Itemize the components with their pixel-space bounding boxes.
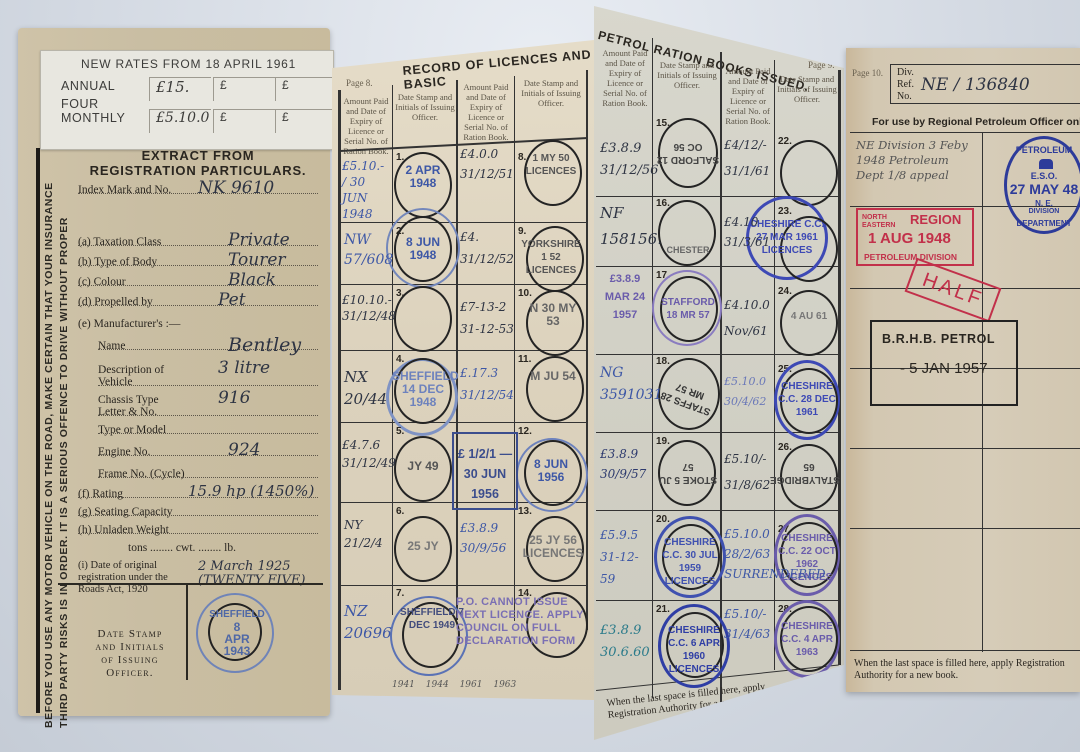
- entry-amount: £.17.3 31/12/54: [460, 362, 514, 406]
- cannot-issue-stamp: P.O. CANNOT ISSUE NEXT LICENCE. APPLY CO…: [456, 596, 592, 648]
- field-description: Description of Vehicle3 litre: [98, 364, 318, 388]
- field-chassis: Chassis Type Letter & No.916: [98, 394, 318, 418]
- field-propelled-by: (d) Propelled byPet: [78, 296, 318, 308]
- entry-stamp: 1 MY 50 LICENCES: [518, 152, 584, 178]
- entry-stamp: CHESHIRE C.C. 28 DEC 1961: [774, 380, 840, 419]
- entry-stamp: JY 49: [392, 460, 454, 473]
- field-date-original: (i) Date of original registration under …: [78, 560, 188, 596]
- warning-line-2: THIRD PARTY RISKS IS IN ORDER. IT IS A S…: [57, 168, 72, 728]
- entry-stamp: 8 JUN 1948: [392, 236, 454, 262]
- entry-stamp: 4 AU 61: [778, 310, 840, 323]
- column-header-amount: Amount Paid and Date of Expiry of Licenc…: [722, 66, 774, 126]
- entry-amount: £3.8.9 30.6.60: [600, 620, 652, 664]
- entry-number: 9.: [518, 226, 526, 237]
- entry-amount: NG 3591031: [600, 362, 652, 406]
- entry-amount: £4/12/- 31/1/61: [724, 132, 774, 184]
- regional-officer-note: For use by Regional Petroleum Officer on…: [872, 116, 1080, 128]
- field-unladen-weight: (h) Unladen Weight: [78, 524, 318, 536]
- extract-title: EXTRACT FROM REGISTRATION PARTICULARS.: [78, 148, 318, 178]
- entry-stamp: STOKE 5 JU 57: [656, 460, 720, 486]
- new-rates-slip: NEW RATES FROM 18 APRIL 1961 ANNUAL FOUR…: [40, 50, 334, 150]
- field-seating: (g) Seating Capacity: [78, 506, 318, 518]
- field-colour: (c) ColourBlack: [78, 276, 318, 288]
- entry-stamp: 25 JY 56 LICENCES: [522, 534, 584, 560]
- entry-amount: NF 158156.: [600, 200, 652, 252]
- entry-number: 13.: [518, 506, 532, 517]
- crown-icon: [1039, 159, 1053, 169]
- field-tons: tons ........ cwt. ........ lb.: [128, 542, 318, 554]
- entry-stamp: SHEFFIELD 14 DEC 1948: [392, 370, 454, 409]
- sheffield-stamp: SHEFFIELD 8APR1943: [196, 593, 274, 673]
- entry-amount: £10.10.- 31/12/48: [342, 292, 392, 324]
- entry-stamp: M JU 54: [522, 370, 584, 383]
- extract-title-line-2: REGISTRATION PARTICULARS.: [78, 163, 318, 178]
- stamp-circle: [780, 290, 838, 356]
- page-number: Page 10.: [852, 68, 883, 78]
- divider: [186, 585, 188, 680]
- column-header-amount: Amount Paid and Date of Expiry of Licenc…: [598, 48, 652, 108]
- registration-extract-page: BEFORE YOU USE ANY MOTOR VEHICLE ON THE …: [18, 28, 330, 716]
- page-number: Page 9.: [808, 60, 835, 70]
- entry-amount: £3.8.9 MAR 24 1957: [598, 270, 652, 324]
- warning-line-1: BEFORE YOU USE ANY MOTOR VEHICLE ON THE …: [42, 168, 57, 728]
- entry-stamp: 2 APR 1948: [392, 164, 454, 190]
- licence-record-page-8: Page 8. RECORD OF LICENCES AND BASIC Amo…: [332, 40, 594, 700]
- entry-amount: £5.10/- 31/4/63: [724, 604, 774, 644]
- insurance-warning: BEFORE YOU USE ANY MOTOR VEHICLE ON THE …: [42, 168, 88, 728]
- entry-number: 6.: [396, 506, 404, 517]
- entry-amount: £4.7.6 31/12/49: [342, 436, 392, 472]
- field-type-of-body: (b) Type of BodyTourer: [78, 256, 318, 268]
- field-index-mark: Index Mark and No.NK 9610: [78, 184, 318, 196]
- licence-record-page-9: PETROL RATION BOOKS ISSUED. Page 9. Amou…: [594, 0, 844, 740]
- issuing-officer-label: Date Stamp and Initials of Issuing Offic…: [90, 628, 170, 680]
- entry-stamp: 8 JUN 1956: [520, 458, 582, 484]
- new-book-note: When the last space is filled here, appl…: [854, 658, 1080, 682]
- entry-stamp: YORKSHIRE 1 52 LICENCES: [518, 238, 584, 277]
- entry-number: 11.: [518, 354, 531, 365]
- entry-number: 22.: [778, 136, 792, 147]
- entry-number: 10.: [518, 288, 532, 299]
- entry-amount: £4.10.0 Nov/61: [724, 292, 774, 344]
- entry-amount: £7-13-2 31-12-53: [460, 296, 514, 340]
- annual-rate-3: £: [275, 77, 337, 101]
- entry-number: 7.: [396, 588, 404, 599]
- entry-amount: £5.10.0 30/4/62: [724, 372, 774, 412]
- entry-amount: NW 57/608: [344, 230, 392, 270]
- field-name: NameBentley: [98, 340, 318, 352]
- column-header-stamp: Date Stamp and Initials of Issuing Offic…: [776, 74, 838, 104]
- field-type-model: Type or Model: [98, 424, 318, 436]
- entry-amount: £3.8.9 31/12/56: [600, 138, 652, 182]
- grid-border: [338, 90, 341, 690]
- stamp-circle: [394, 286, 452, 352]
- entry-number: 19.: [656, 436, 670, 447]
- entry-stamp: STAFFORD 18 MR 57: [656, 296, 720, 322]
- brhb-petrol-stamp: B.R.H.B. PETROL - 5 JAN 1957: [870, 320, 1018, 406]
- entry-amount: NZ 20696: [344, 600, 392, 644]
- four-monthly-rate-2: £: [213, 109, 275, 133]
- entry-stamp: CHESHIRE C.C. 30 JUL 1959 LICENCES: [654, 536, 726, 588]
- half-stamp: HALF: [905, 258, 1002, 323]
- four-monthly-label: FOUR MONTHLY: [61, 97, 125, 125]
- page-number: Page 8.: [346, 78, 373, 88]
- entry-amount: £5.10/- 31/8/62: [724, 446, 774, 498]
- ref-number: NE / 136840: [921, 75, 1030, 95]
- entry-amount: £ 1/2/1 — 30 JUN 1956: [454, 444, 516, 504]
- entry-amount: £4. 31/12/52: [460, 226, 514, 270]
- field-frame-no: Frame No. (Cycle): [98, 468, 318, 480]
- entry-amount: £4.10 31/3/61: [724, 212, 754, 252]
- entry-number: 18.: [656, 356, 670, 367]
- entry-stamp: CHESHIRE C.C. 6 APR 1960 LICENCES: [658, 624, 730, 676]
- four-monthly-rate-3: £: [275, 109, 337, 133]
- page-border-rule: [36, 148, 40, 713]
- field-taxation-class: (a) Taxation ClassPrivate: [78, 236, 318, 248]
- handwritten-note: NE Division 3 Feby 1948 Petroleum Dept 1…: [856, 138, 980, 183]
- entry-stamp: CHESTER: [656, 244, 720, 257]
- petroleum-department-stamp: PETROLEUM E.S.O. 27 MAY 48 N. E. DIVISIO…: [1004, 136, 1080, 234]
- field-engine-no: Engine No.924: [98, 446, 318, 458]
- column-header-stamp: Date Stamp and Initials of Issuing Offic…: [394, 92, 456, 122]
- entry-number: 5.: [396, 426, 404, 437]
- entry-amount: £5.9.5 31-12-59: [600, 524, 652, 590]
- entry-stamp: 25 JY: [392, 540, 454, 553]
- entry-stamp: STALYBRIDGE 65: [778, 460, 840, 486]
- field-rating: (f) Rating15.9 hp (1450%): [78, 488, 318, 500]
- divider: [58, 583, 323, 585]
- entry-amount: £3.8.9 30/9/57: [600, 444, 652, 484]
- entry-number: 21.: [656, 604, 670, 615]
- entry-amount: £5.10.- / 30 JUN 1948: [342, 158, 392, 222]
- petroleum-officer-page: Page 10. Div. Ref. No. NE / 136840 For u…: [846, 48, 1080, 692]
- entry-stamp: N 30 MY 53: [522, 302, 584, 328]
- pencil-years: 1941 1944 1961 1963: [392, 680, 532, 691]
- entry-stamp: CHESHIRE C.C. 4 APR 1963: [774, 620, 840, 659]
- entry-amount: NX 20/44: [344, 366, 392, 410]
- entry-amount: NY 21/2/4: [344, 516, 392, 552]
- column-header-stamp: Date Stamp and Initials of Issuing Offic…: [654, 60, 720, 90]
- entry-amount: £4.0.0 31/12/51: [460, 144, 514, 184]
- entry-amount: £5.10.0 28/2/63 SURRENDERED: [724, 524, 774, 584]
- annual-rate-1: £15.: [149, 77, 211, 101]
- entry-number: 24.: [778, 286, 792, 297]
- extract-title-line-1: EXTRACT FROM: [78, 148, 318, 163]
- ref-label: Div. Ref. No.: [897, 67, 914, 103]
- north-eastern-region-stamp: NORTH EASTERN REGION 1 AUG 1948 PETROLEU…: [856, 208, 974, 266]
- entry-stamp: SALFORD 12 OC 56: [656, 140, 720, 166]
- field-manufacturer: (e) Manufacturer's :—: [78, 318, 318, 330]
- ref-box: Div. Ref. No. NE / 136840: [890, 64, 1080, 104]
- column-header-stamp: Date Stamp and Initials of Issuing Offic…: [516, 78, 586, 108]
- annual-rate-2: £: [213, 77, 275, 101]
- four-monthly-rate-1: £5.10.0: [149, 109, 211, 133]
- rates-title: NEW RATES FROM 18 APRIL 1961: [81, 57, 296, 71]
- entry-amount: £3.8.9 30/9/56: [460, 518, 514, 558]
- stamp-circle: [526, 356, 584, 422]
- entry-number: 12.: [518, 426, 532, 437]
- column-header-amount: Amount Paid and Date of Expiry of Licenc…: [458, 82, 514, 142]
- annual-label: ANNUAL: [61, 79, 115, 93]
